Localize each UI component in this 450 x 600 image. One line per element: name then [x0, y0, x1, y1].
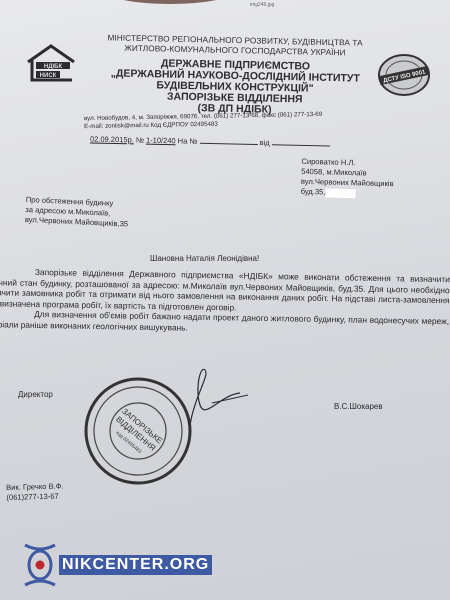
letter-number: 1-10/240 — [146, 136, 176, 146]
letter-paper: img249.jpg НДІБК НИСК ДСТУ ISO 9001 МІНІ… — [0, 0, 450, 600]
registration-line: 02.09.2015р. № 1-10/240 На № від — [90, 133, 330, 148]
number-label: № — [136, 135, 144, 144]
letter-date: 02.09.2015р. — [90, 134, 134, 144]
finger-shadow — [110, 0, 230, 4]
image-filename-label: img249.jpg — [250, 2, 274, 8]
recipient-block: Сироватко Н.Л. 54058, м.Миколаїв вул.Чер… — [300, 157, 394, 199]
nikcenter-logo-icon — [23, 543, 57, 587]
greeting: Шановна Наталія Леонідівна! — [150, 254, 259, 263]
subject-block: Про обстеження будинку за адресою м.Мико… — [25, 195, 130, 229]
from-label: від — [260, 138, 270, 147]
ref-date-blank — [272, 137, 330, 146]
house-logo-icon: НДІБК НИСК — [26, 44, 76, 84]
recipient-building: буд.35, — [301, 187, 326, 197]
signature-icon — [150, 365, 250, 435]
redaction-box — [325, 188, 355, 198]
ref-number-blank — [199, 136, 257, 145]
nikcenter-watermark[interactable]: NIKCENTER.ORG — [23, 543, 212, 587]
svg-text:НИСК: НИСК — [40, 73, 57, 79]
org-address: вул. Новобудов, 4, м. Запоріжжя, 69076, … — [84, 111, 322, 131]
ministry-heading: МІНІСТЕРСТВО РЕГІОНАЛЬНОГО РОЗВИТКУ, БУД… — [90, 33, 380, 59]
signatory-name: В.С.Шокарев — [334, 402, 383, 411]
letter-body: Запорізьке відділення Державного підприє… — [0, 266, 450, 337]
svg-text:НДІБК: НДІБК — [44, 64, 63, 70]
executor-phone: (061)277-13-67 — [6, 491, 64, 503]
executor-block: Вик. Гречко В.Ф. (061)277-13-67 — [6, 481, 64, 502]
ref-label: На № — [178, 136, 198, 145]
watermark-text: NIKCENTER.ORG — [59, 555, 212, 575]
iso-seal-icon: ДСТУ ISO 9001 — [376, 52, 432, 98]
organization-heading: ДЕРЖАВНЕ ПІДПРИЄМСТВО „ДЕРЖАВНИЙ НАУКОВО… — [89, 57, 380, 118]
director-title: Директор — [18, 390, 53, 399]
